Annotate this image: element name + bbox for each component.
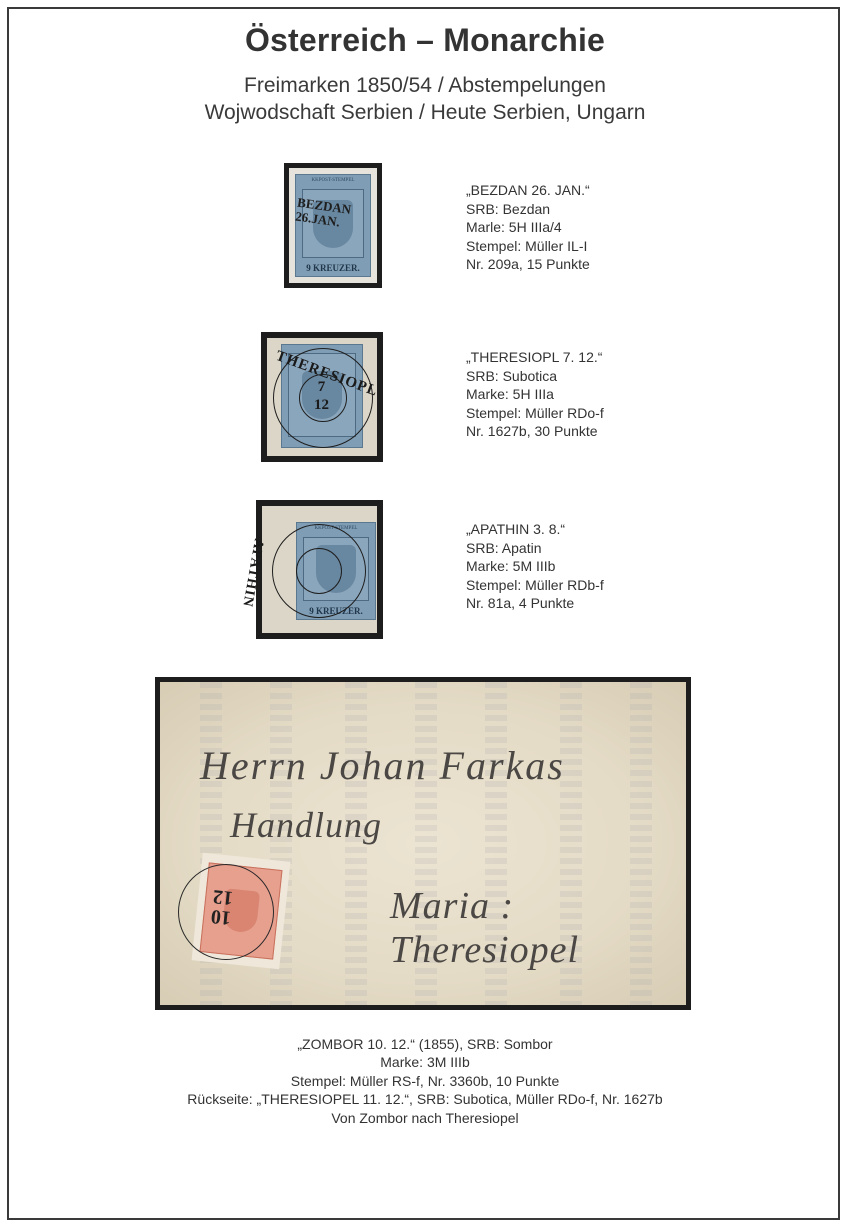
caption-line: SRB: Subotica xyxy=(466,367,604,386)
caption-line: Marle: 5H IIIa/4 xyxy=(466,218,590,237)
caption-line: Marke: 5M IIIb xyxy=(466,557,604,576)
caption-line: „BEZDAN 26. JAN.“ xyxy=(466,181,590,200)
stamp-bezdan: KKPOST-STEMPEL 9 KREUZER. BEZDAN26.JAN. xyxy=(284,163,382,288)
stamp-theresiopl: THERESIOPL 712 xyxy=(261,332,383,462)
address-line-1: Herrn Johan Farkas xyxy=(200,742,565,789)
cancel-date: 712 xyxy=(314,378,329,414)
caption-line: Stempel: Müller RDo-f xyxy=(466,404,604,423)
caption-line: Nr. 209a, 15 Punkte xyxy=(466,255,590,274)
stamp-top-text: KKPOST-STEMPEL xyxy=(300,178,366,183)
caption-line: Nr. 81a, 4 Punkte xyxy=(466,594,604,613)
caption-line: Stempel: Müller RDb-f xyxy=(466,576,604,595)
caption-line: Marke: 5H IIIa xyxy=(466,385,604,404)
caption-line: „APATHIN 3. 8.“ xyxy=(466,520,604,539)
stamp-value-text: 9 KREUZER. xyxy=(300,263,366,273)
page-title: Österreich – Monarchie xyxy=(0,22,850,59)
caption-line: Marke: 3M IIIb xyxy=(0,1053,850,1071)
caption-line: SRB: Apatin xyxy=(466,539,604,558)
caption-line: Nr. 1627b, 30 Punkte xyxy=(466,422,604,441)
cover-caption: „ZOMBOR 10. 12.“ (1855), SRB: Sombor Mar… xyxy=(0,1035,850,1127)
stamp-apathin: KKPOST-STEMPEL 9 KREUZER. APATHIN xyxy=(256,500,383,639)
cover-letter: Herrn Johan Farkas Handlung Maria : Ther… xyxy=(155,677,691,1010)
page-subtitle-1: Freimarken 1850/54 / Abstempelungen xyxy=(0,74,850,98)
caption-line: Von Zombor nach Theresiopel xyxy=(0,1109,850,1127)
caption-line: Stempel: Müller IL-I xyxy=(466,237,590,256)
caption-line: „THERESIOPL 7. 12.“ xyxy=(466,348,604,367)
cancel-date: 1012 xyxy=(210,886,234,928)
caption-line: „ZOMBOR 10. 12.“ (1855), SRB: Sombor xyxy=(0,1035,850,1053)
page-subtitle-2: Wojwodschaft Serbien / Heute Serbien, Un… xyxy=(0,101,850,125)
caption-line: Rückseite: „THERESIOPEL 11. 12.“, SRB: S… xyxy=(0,1090,850,1108)
address-line-2: Handlung xyxy=(230,804,382,846)
cover-paper: Herrn Johan Farkas Handlung Maria : Ther… xyxy=(160,682,686,1005)
caption-line: SRB: Bezdan xyxy=(466,200,590,219)
caption-line: Stempel: Müller RS-f, Nr. 3360b, 10 Punk… xyxy=(0,1072,850,1090)
caption-bezdan: „BEZDAN 26. JAN.“ SRB: Bezdan Marle: 5H … xyxy=(466,181,590,274)
address-line-3: Maria : Theresiopel xyxy=(390,884,686,972)
caption-apathin: „APATHIN 3. 8.“ SRB: Apatin Marke: 5M II… xyxy=(466,520,604,613)
caption-theresiopl: „THERESIOPL 7. 12.“ SRB: Subotica Marke:… xyxy=(466,348,604,441)
